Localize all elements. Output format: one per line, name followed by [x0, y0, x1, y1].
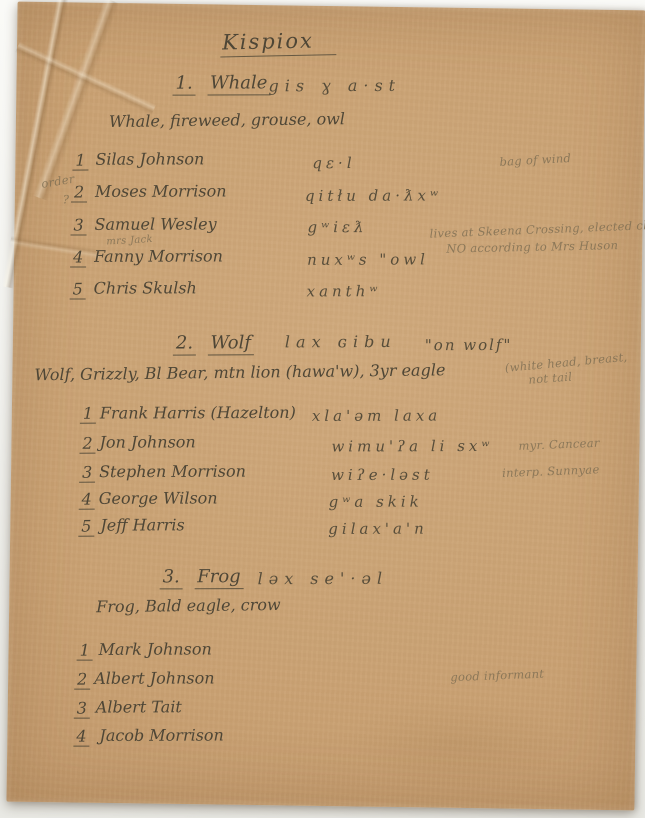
member-number: 4 [79, 490, 95, 510]
member-phonetic: wimu'ʔa li sxʷ [331, 437, 493, 456]
member-number: 4 [73, 727, 89, 747]
section-2-name: Wolf [207, 332, 254, 355]
section-1-phonetic: gis ɣ a·st [268, 76, 401, 95]
margin-note-bag-of-wind: bag of wind [499, 151, 571, 169]
member-note-above: mrs Jack [106, 234, 153, 248]
paper-stain [347, 696, 568, 789]
member-number: 3 [70, 215, 86, 235]
member-number: 2 [74, 670, 90, 690]
member-number: 4 [70, 247, 86, 267]
member-name: Stephen Morrison [99, 462, 246, 482]
member-phonetic: qitłu da·ƛxʷ [305, 186, 442, 204]
section-2-crests: Wolf, Grizzly, Bl Bear, mtn lion (hawa'w… [34, 360, 445, 384]
member-phonetic: gʷiɛƛ [307, 218, 367, 236]
member-phonetic: xanthʷ [307, 282, 382, 300]
margin-note-good-informant: good informant [450, 667, 544, 685]
section-2-phonetic: lax ɢibu [285, 332, 397, 351]
member-number: 1 [77, 641, 93, 661]
member-name: Samuel Wesley [94, 214, 216, 233]
section-2-number: 2. [173, 332, 196, 355]
member-phonetic: gilax'a'n [328, 520, 428, 538]
member-phonetic: qɛ·l [312, 154, 355, 172]
member-number: 3 [74, 699, 90, 719]
member-name: Silas Johnson [95, 149, 204, 168]
member-phonetic: gʷa skik [329, 493, 423, 511]
paper-crease-3 [15, 42, 156, 116]
member-number: 5 [78, 517, 94, 537]
paper-crease-1 [2, 0, 70, 288]
member-number: 3 [79, 463, 95, 483]
section-2-gloss: "on wolf" [425, 336, 513, 354]
section-3-crests: Frog, Bald eagle, crow [96, 595, 281, 616]
section-1-name: Whale [207, 72, 270, 95]
margin-note-no-huson: NO according to Mrs Huson [446, 238, 618, 256]
margin-note-wolf-2: interp. Sunnyae [502, 462, 600, 480]
member-name: Jeff Harris [100, 515, 184, 534]
member-phonetic: nuxʷs "owl [307, 250, 429, 268]
member-number: 1 [80, 404, 96, 424]
paper-sheet: Kispiox 1. Whale gis ɣ a·st Whale, firew… [6, 2, 645, 811]
member-name: Moses Morrison [95, 181, 227, 200]
member-name: Fanny Morrison [94, 246, 223, 265]
section-3-phonetic: ləx se'·əl [258, 569, 389, 588]
section-1-crests: Whale, fireweed, grouse, owl [109, 109, 345, 131]
margin-note-wolf-1: myr. Cancear [518, 436, 600, 453]
member-name: Jon Johnson [99, 432, 195, 451]
member-number: 5 [70, 279, 86, 299]
member-name: George Wilson [99, 488, 218, 507]
member-name: Frank Harris (Hazelton) [100, 403, 296, 423]
scanned-page: Kispiox 1. Whale gis ɣ a·st Whale, firew… [0, 0, 645, 818]
paper-crease-4 [10, 235, 100, 259]
member-number: 1 [72, 151, 88, 171]
member-name: Albert Tait [96, 697, 182, 716]
member-name: Albert Johnson [94, 668, 214, 687]
member-name: Chris Skulsh [94, 278, 197, 297]
member-name: Jacob Morrison [99, 726, 224, 745]
margin-note-skeena-crossing: lives at Skeena Crossing, elected chief [429, 218, 645, 241]
member-phonetic: xla'əm laxa [312, 406, 441, 424]
section-3-name: Frog [194, 566, 244, 589]
member-name: Mark Johnson [99, 639, 212, 658]
manuscript-title: Kispiox [220, 28, 336, 57]
margin-note-order-question: ? [63, 192, 70, 206]
section-2-crest-note-2: not tail [528, 370, 573, 387]
paper-crease-2 [33, 0, 119, 201]
member-number: 2 [79, 434, 95, 454]
section-3-number: 3. [160, 566, 183, 589]
section-1-number: 1. [172, 73, 195, 96]
member-phonetic: wiʔe·ləst [331, 466, 434, 484]
